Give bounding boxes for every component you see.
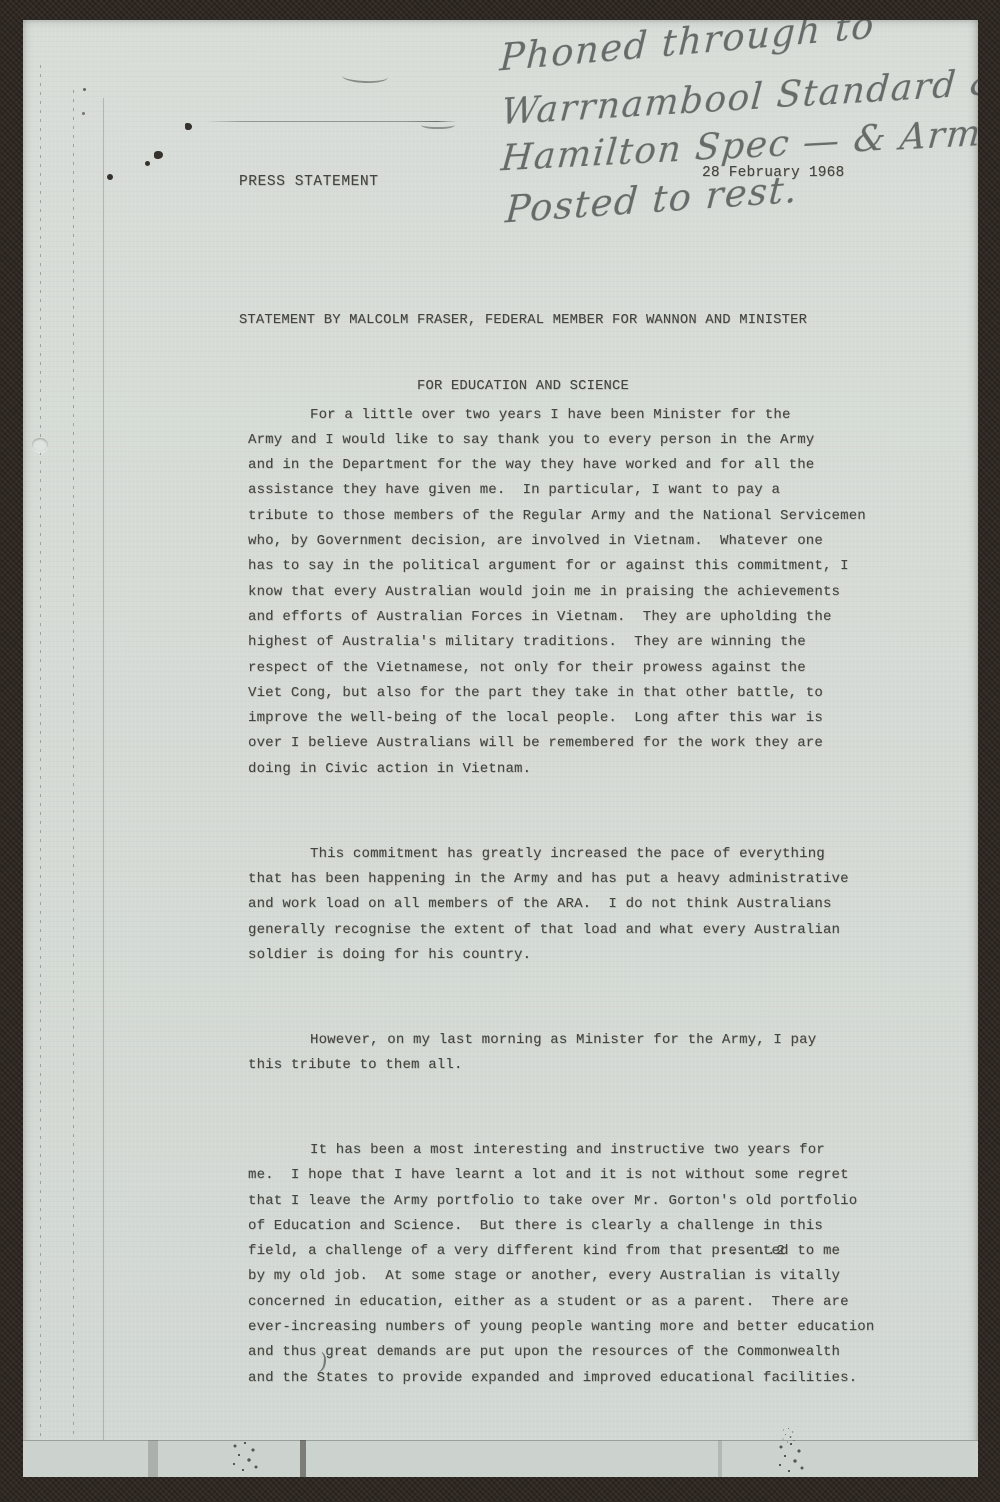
under-sheet-edge xyxy=(103,98,104,1441)
text-line: For a little over two years I have been … xyxy=(248,403,874,428)
text-line: However, on my last morning as Minister … xyxy=(248,1028,874,1053)
text-line: highest of Australia's military traditio… xyxy=(248,630,874,655)
text-line: and efforts of Australian Forces in Viet… xyxy=(248,605,874,630)
dirt-speck-cluster xyxy=(775,1441,809,1477)
text-line: and thus great demands are put upon the … xyxy=(248,1340,874,1365)
text-line: generally recognise the extent of that l… xyxy=(248,918,874,943)
text-line: tribute to those members of the Regular … xyxy=(248,504,874,529)
text-line: soldier is doing for his country. xyxy=(248,943,874,968)
dirt-speck xyxy=(82,112,85,115)
paper-crease-notch xyxy=(421,120,455,129)
document-date: 28 February 1968 xyxy=(702,165,844,181)
dirt-speck xyxy=(145,161,150,166)
text-line: ever-increasing numbers of young people … xyxy=(248,1315,874,1340)
dirt-speck xyxy=(83,88,86,91)
text-line: know that every Australian would join me… xyxy=(248,580,874,605)
text-line: respect of the Vietnamese, not only for … xyxy=(248,656,874,681)
under-sheet-edge xyxy=(40,65,41,1445)
text-line: who, by Government decision, are involve… xyxy=(248,529,874,554)
scan-grime xyxy=(718,1440,722,1477)
text-line: Army and I would like to say thank you t… xyxy=(248,428,874,453)
paragraph: It has been a most interesting and instr… xyxy=(248,1138,874,1391)
scan-grime xyxy=(300,1440,306,1477)
text-line: and in the Department for the way they h… xyxy=(248,453,874,478)
text-line: and work load on all members of the ARA.… xyxy=(248,892,874,917)
text-line: this tribute to them all. xyxy=(248,1053,874,1078)
press-statement-label: PRESS STATEMENT xyxy=(239,174,379,190)
text-line: has to say in the political argument for… xyxy=(248,554,874,579)
text-line: by my old job. At some stage or another,… xyxy=(248,1264,874,1289)
text-line: Viet Cong, but also for the part they ta… xyxy=(248,681,874,706)
scan-grime xyxy=(148,1440,158,1477)
text-line: improve the well-being of the local peop… xyxy=(248,706,874,731)
paper-sheet: ) Phoned through to Warrnambool Standard… xyxy=(23,20,978,1477)
scanned-document-page: { "page": { "annotations": { "lines": [ … xyxy=(0,0,1000,1502)
text-line: me. I hope that I have learnt a lot and … xyxy=(248,1163,874,1188)
text-line: This commitment has greatly increased th… xyxy=(248,842,874,867)
paragraph: This commitment has greatly increased th… xyxy=(248,842,874,968)
dirt-speck xyxy=(185,123,192,130)
punch-hole xyxy=(32,438,48,452)
document-body: For a little over two years I have been … xyxy=(248,352,874,1441)
text-line: It has been a most interesting and instr… xyxy=(248,1138,874,1163)
paper-crease-arc xyxy=(342,69,388,84)
text-line: and the States to provide expanded and i… xyxy=(248,1366,874,1391)
text-line: doing in Civic action in Vietnam. xyxy=(248,757,874,782)
paper-crease xyxy=(205,121,457,122)
text-line: that has been happening in the Army and … xyxy=(248,867,874,892)
page-continuation-marker: ......2 xyxy=(720,1243,786,1259)
dirt-speck-cluster xyxy=(229,1440,263,1476)
text-line: concerned in education, either as a stud… xyxy=(248,1290,874,1315)
handwritten-note-line: Phoned through to xyxy=(499,20,876,79)
paragraph: However, on my last morning as Minister … xyxy=(248,1028,874,1079)
text-line: of Education and Science. But there is c… xyxy=(248,1214,874,1239)
under-sheet-bottom-strip xyxy=(23,1440,978,1477)
text-line: assistance they have given me. In partic… xyxy=(248,478,874,503)
paragraph: For a little over two years I have been … xyxy=(248,403,874,782)
text-line: over I believe Australians will be remem… xyxy=(248,731,874,756)
under-sheet-edge xyxy=(73,90,74,1477)
dirt-speck xyxy=(154,151,163,159)
dirt-speck xyxy=(107,174,113,180)
text-line: that I leave the Army portfolio to take … xyxy=(248,1189,874,1214)
document-title-line1: STATEMENT BY MALCOLM FRASER, FEDERAL MEM… xyxy=(223,310,823,332)
